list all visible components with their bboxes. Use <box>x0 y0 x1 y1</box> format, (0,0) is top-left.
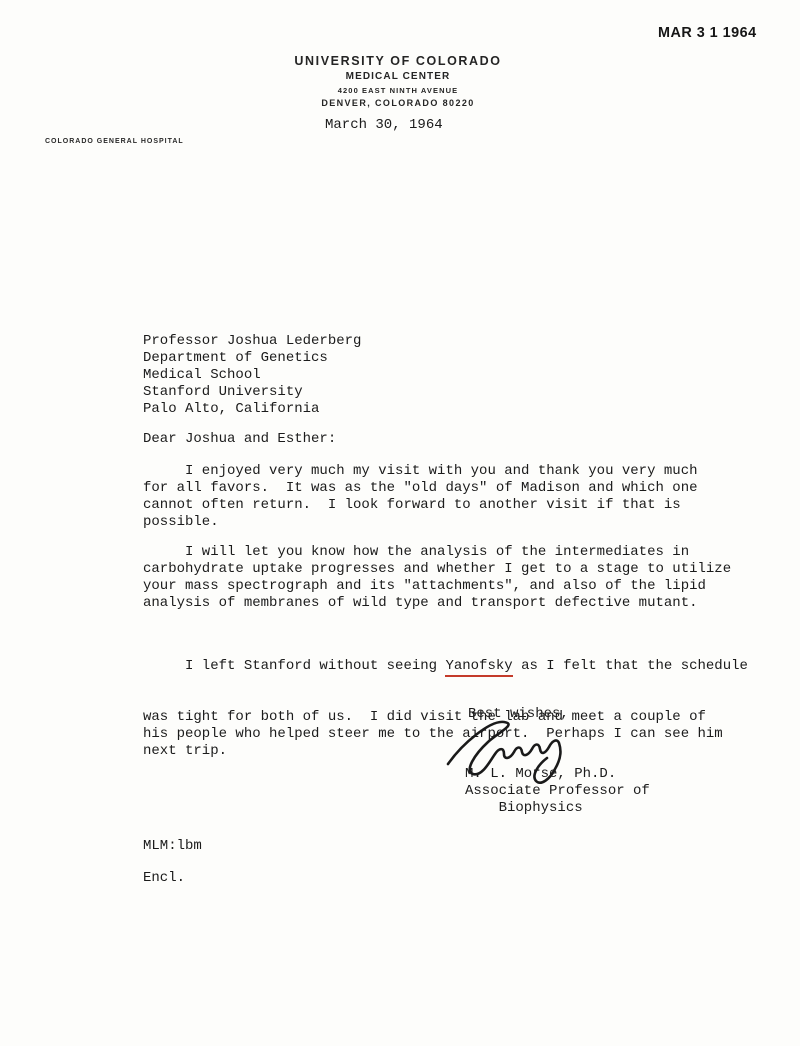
letterhead-street-address: 4200 EAST NINTH AVENUE <box>0 84 796 97</box>
signer-name-title-block: M. L. Morse, Ph.D. Associate Professor o… <box>465 766 650 817</box>
body-paragraph-2: I will let you know how the analysis of … <box>143 544 731 612</box>
letterhead-medical-center: MEDICAL CENTER <box>0 69 796 84</box>
body-paragraph-1: I enjoyed very much my visit with you an… <box>143 463 698 531</box>
letter-date: March 30, 1964 <box>325 117 443 134</box>
letterhead-hospital-note: COLORADO GENERAL HOSPITAL <box>45 138 184 145</box>
salutation: Dear Joshua and Esther: <box>143 431 336 448</box>
enclosure-note: Encl. <box>143 870 185 887</box>
para3-text-before: I left Stanford without seeing <box>143 658 445 674</box>
para3-text-after: as I felt that the schedule <box>513 658 748 674</box>
letterhead-city-state-zip: DENVER, COLORADO 80220 <box>0 97 796 109</box>
scanned-letter-page: MAR 3 1 1964 UNIVERSITY OF COLORADO MEDI… <box>0 0 800 1046</box>
reference-initials: MLM:lbm <box>143 838 202 855</box>
red-underlined-word: Yanofsky <box>445 658 512 677</box>
received-date-stamp: MAR 3 1 1964 <box>658 24 757 41</box>
letterhead-university-name: UNIVERSITY OF COLORADO <box>0 54 796 69</box>
body-paragraph-3-line1: I left Stanford without seeing Yanofsky … <box>143 658 748 675</box>
letterhead: UNIVERSITY OF COLORADO MEDICAL CENTER 42… <box>0 54 796 109</box>
recipient-address-block: Professor Joshua Lederberg Department of… <box>143 333 361 418</box>
